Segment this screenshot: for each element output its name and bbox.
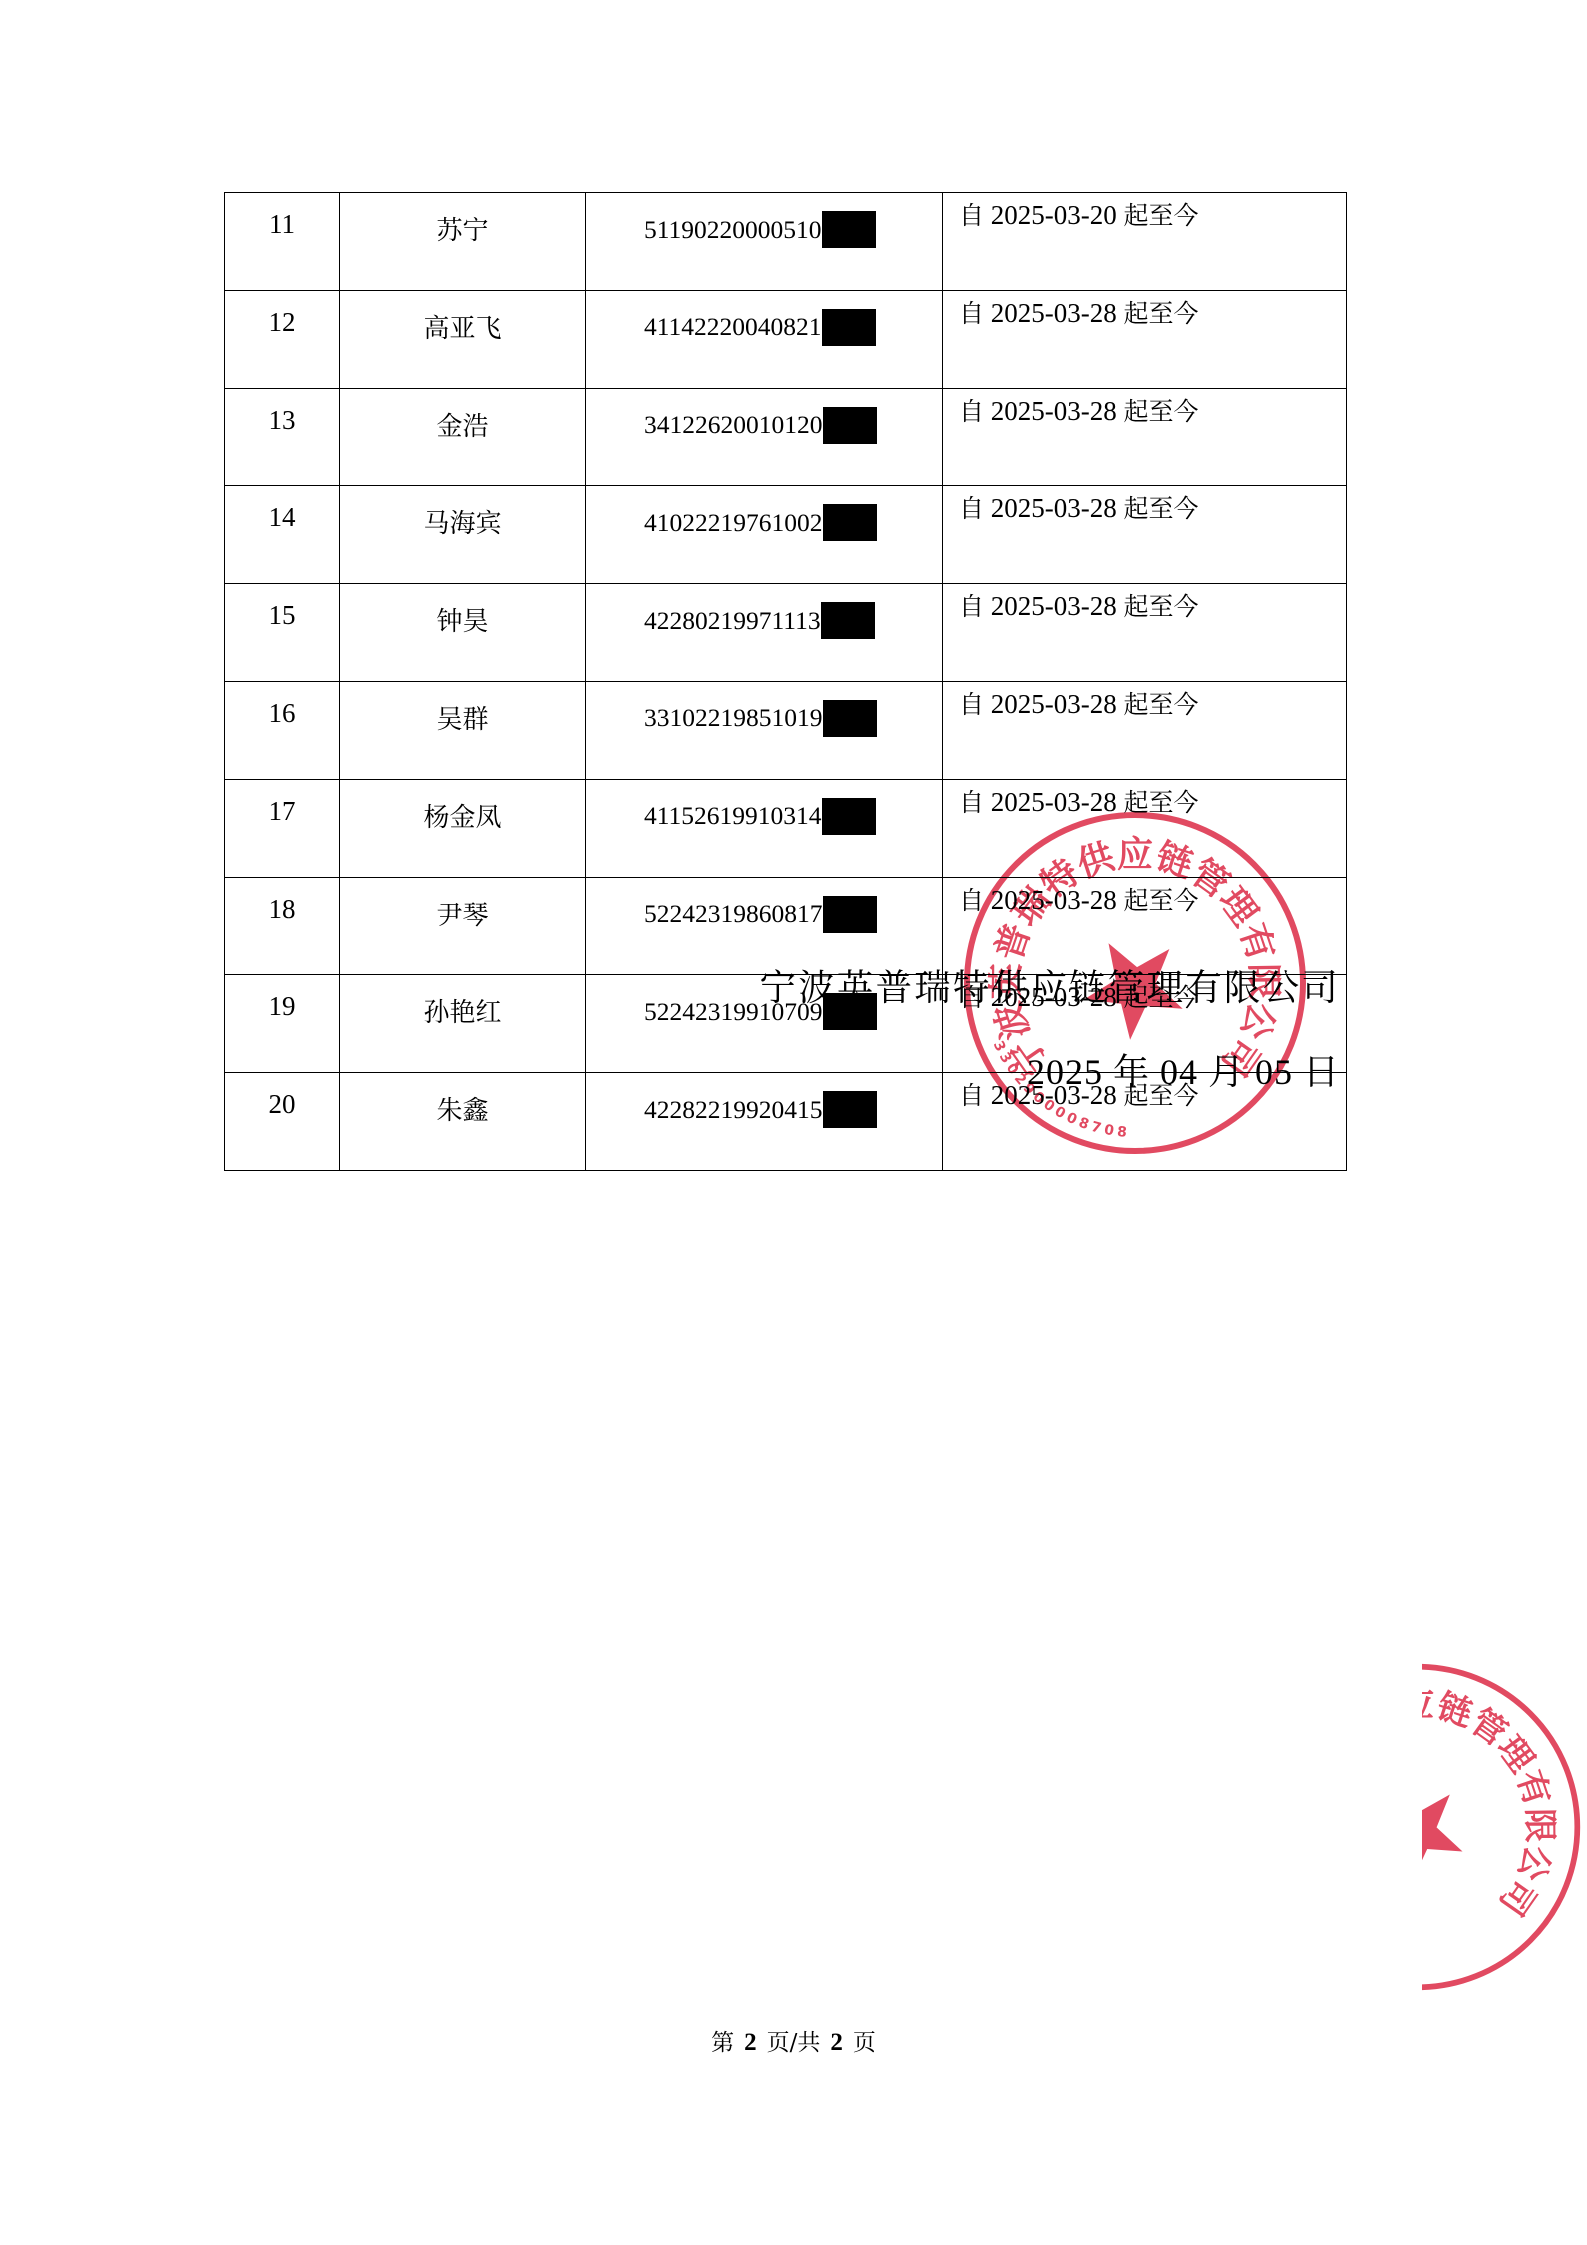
period-start-date: 2025-03-20 <box>991 200 1117 230</box>
id-number-cell: 41142220040821 <box>586 290 943 388</box>
employee-table-body: 11 苏宁 51190220000510 自 2025-03-20 起至今 12… <box>225 193 1347 1171</box>
document-page: 11 苏宁 51190220000510 自 2025-03-20 起至今 12… <box>0 0 1587 2245</box>
period-prefix: 自 <box>959 299 984 328</box>
row-number: 12 <box>225 290 340 388</box>
period-start-date: 2025-03-28 <box>991 493 1117 523</box>
employment-period: 自 2025-03-20 起至今 <box>943 193 1347 291</box>
id-number-cell: 34122620010120 <box>586 388 943 486</box>
id-number: 41142220040821 <box>644 309 876 346</box>
id-number-cell: 51190220000510 <box>586 193 943 291</box>
row-number: 19 <box>225 975 340 1073</box>
id-number-visible: 33102219851019 <box>644 703 823 733</box>
employee-name: 钟昊 <box>340 584 586 682</box>
current-page-number: 2 <box>744 2029 757 2056</box>
table-row: 18 尹琴 52242319860817 自 2025-03-28 起至今 <box>225 877 1347 975</box>
employee-name: 苏宁 <box>340 193 586 291</box>
svg-text:链: 链 <box>1432 1686 1478 1735</box>
employee-name: 尹琴 <box>340 877 586 975</box>
id-number: 34122620010120 <box>644 407 877 444</box>
redaction-box <box>823 407 877 444</box>
id-number-visible: 51190220000510 <box>644 215 822 245</box>
page-footer: 第2页/共2页 <box>0 2028 1587 2058</box>
period-prefix: 自 <box>959 201 984 230</box>
period-prefix: 自 <box>959 788 984 817</box>
id-number-visible: 34122620010120 <box>644 410 823 440</box>
svg-text:管: 管 <box>1463 1702 1514 1755</box>
period-suffix: 起至今 <box>1124 299 1199 328</box>
redaction-box <box>823 504 877 541</box>
id-number-cell: 42282219920415 <box>586 1073 943 1171</box>
svg-text:理: 理 <box>1489 1729 1542 1781</box>
period-suffix: 起至今 <box>1124 494 1199 523</box>
id-number: 42282219920415 <box>644 1091 877 1128</box>
id-number-visible: 42280219971113 <box>644 606 821 636</box>
footer-prefix: 第 <box>711 2030 734 2056</box>
period-start-date: 2025-03-28 <box>991 787 1117 817</box>
period-suffix: 起至今 <box>1124 201 1199 230</box>
period-prefix: 自 <box>959 397 984 426</box>
table-row: 15 钟昊 42280219971113 自 2025-03-28 起至今 <box>225 584 1347 682</box>
redaction-box <box>822 309 876 346</box>
svg-text:司: 司 <box>1491 1872 1543 1923</box>
period-start-date: 2025-03-28 <box>991 885 1117 915</box>
period-prefix: 自 <box>959 886 984 915</box>
employee-name: 高亚飞 <box>340 290 586 388</box>
employment-period: 自 2025-03-28 起至今 <box>943 877 1347 975</box>
row-number: 20 <box>225 1073 340 1171</box>
footer-suffix: 页 <box>853 2030 876 2056</box>
id-number: 33102219851019 <box>644 700 877 737</box>
period-start-date: 2025-03-28 <box>991 689 1117 719</box>
period-prefix: 自 <box>959 690 984 719</box>
employment-period: 自 2025-03-28 起至今 <box>943 681 1347 779</box>
employment-period: 自 2025-03-28 起至今 <box>943 779 1347 877</box>
period-prefix: 自 <box>959 592 984 621</box>
table-row: 16 吴群 33102219851019 自 2025-03-28 起至今 <box>225 681 1347 779</box>
id-number-cell: 41022219761002 <box>586 486 943 584</box>
redaction-box <box>821 602 875 639</box>
employment-period: 自 2025-03-28 起至今 <box>943 486 1347 584</box>
id-number-cell: 52242319860817 <box>586 877 943 975</box>
employee-table: 11 苏宁 51190220000510 自 2025-03-20 起至今 12… <box>224 192 1347 1171</box>
svg-text:公: 公 <box>1509 1841 1558 1886</box>
seam-seal: 宁波英普瑞特供应链管理有限公司3302900008708 <box>1422 1660 1587 1994</box>
table-row: 12 高亚飞 41142220040821 自 2025-03-28 起至今 <box>225 290 1347 388</box>
id-number: 52242319860817 <box>644 896 877 933</box>
id-number: 51190220000510 <box>644 211 876 248</box>
id-number-visible: 52242319860817 <box>644 899 823 929</box>
table-row: 13 金浩 34122620010120 自 2025-03-28 起至今 <box>225 388 1347 486</box>
svg-text:有: 有 <box>1508 1765 1557 1810</box>
id-number-cell: 33102219851019 <box>586 681 943 779</box>
seal-ring <box>1422 1667 1577 1988</box>
period-suffix: 起至今 <box>1124 592 1199 621</box>
employment-period: 自 2025-03-28 起至今 <box>943 388 1347 486</box>
employment-period: 自 2025-03-28 起至今 <box>943 290 1347 388</box>
period-start-date: 2025-03-28 <box>991 396 1117 426</box>
employment-period: 自 2025-03-28 起至今 <box>943 584 1347 682</box>
row-number: 16 <box>225 681 340 779</box>
redaction-box <box>822 211 876 248</box>
row-number: 17 <box>225 779 340 877</box>
table-row: 17 杨金凤 41152619910314 自 2025-03-28 起至今 <box>225 779 1347 877</box>
id-number: 41022219761002 <box>644 504 877 541</box>
table-row: 14 马海宾 41022219761002 自 2025-03-28 起至今 <box>225 486 1347 584</box>
seam-seal-graphic: 宁波英普瑞特供应链管理有限公司3302900008708 <box>1422 1660 1584 1994</box>
redaction-box <box>823 1091 877 1128</box>
period-suffix: 起至今 <box>1124 788 1199 817</box>
redaction-box <box>823 700 877 737</box>
period-start-date: 2025-03-28 <box>991 591 1117 621</box>
id-number-visible: 41142220040821 <box>644 312 822 342</box>
svg-text:应: 应 <box>1422 1685 1434 1725</box>
row-number: 13 <box>225 388 340 486</box>
star-icon <box>1422 1789 1463 1881</box>
id-number-cell: 42280219971113 <box>586 584 943 682</box>
total-pages-number: 2 <box>830 2029 843 2056</box>
employee-name: 金浩 <box>340 388 586 486</box>
employee-name: 马海宾 <box>340 486 586 584</box>
employee-name: 朱鑫 <box>340 1073 586 1171</box>
row-number: 15 <box>225 584 340 682</box>
redaction-box <box>822 798 876 835</box>
id-number-visible: 41022219761002 <box>644 508 823 538</box>
id-number-cell: 41152619910314 <box>586 779 943 877</box>
id-number: 41152619910314 <box>644 798 876 835</box>
employee-name: 吴群 <box>340 681 586 779</box>
svg-text:限: 限 <box>1519 1808 1559 1843</box>
id-number-visible: 42282219920415 <box>644 1095 823 1125</box>
footer-middle: 页/共 <box>767 2030 821 2056</box>
signature-date: 2025 年 04 月 05 日 <box>1027 1050 1340 1094</box>
period-suffix: 起至今 <box>1124 397 1199 426</box>
row-number: 11 <box>225 193 340 291</box>
period-prefix: 自 <box>959 494 984 523</box>
id-number: 42280219971113 <box>644 602 875 639</box>
table-row: 11 苏宁 51190220000510 自 2025-03-20 起至今 <box>225 193 1347 291</box>
period-start-date: 2025-03-28 <box>991 298 1117 328</box>
employee-name: 孙艳红 <box>340 975 586 1073</box>
row-number: 18 <box>225 877 340 975</box>
row-number: 14 <box>225 486 340 584</box>
period-suffix: 起至今 <box>1124 690 1199 719</box>
company-signature: 宁波英普瑞特供应链管理有限公司 <box>760 966 1341 1010</box>
period-suffix: 起至今 <box>1124 886 1199 915</box>
id-number-visible: 41152619910314 <box>644 801 822 831</box>
period-prefix: 自 <box>959 1081 984 1110</box>
redaction-box <box>823 896 877 933</box>
employee-name: 杨金凤 <box>340 779 586 877</box>
